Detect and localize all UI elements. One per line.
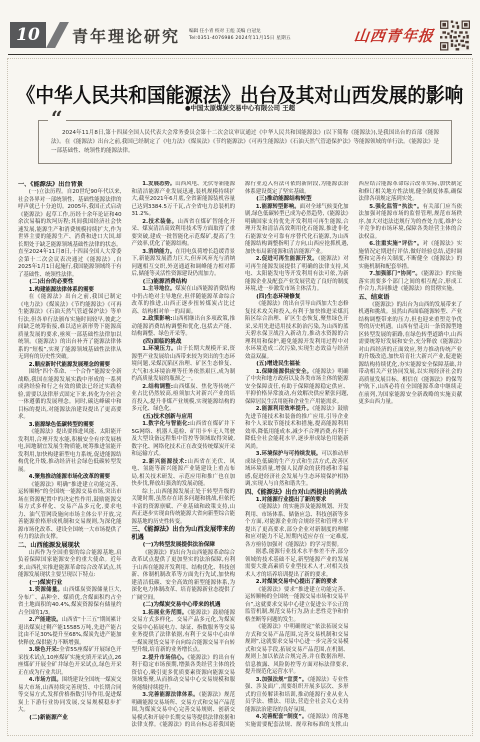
body-paragraph: 2.促进可再生能源开发。《能源法》对可再生能源发展提供了明确的法律支持,风电、太… xyxy=(245,256,349,294)
sub-heading: (三)能源消费结构 xyxy=(132,279,236,287)
sub-heading: 3.能源绿色低碳转型的需要 xyxy=(18,422,122,430)
sub-heading: (二)新能源产业 xyxy=(18,715,122,723)
sub-heading: (一)为转型发展提供法治保障 xyxy=(132,542,236,550)
section-heading: 三、《能源法》出台为山西发展带来的机遇 xyxy=(132,526,236,542)
body-paragraph: 1.数字化与智能化:山西省在煤矿井下5G网络、机器人巡检、矿用卡车无人驾驶及大型… xyxy=(132,421,236,459)
sub-heading: (二)为煤炭交易中心带来的机遇 xyxy=(132,602,236,610)
sub-heading: (四)生态环境修复 xyxy=(245,294,349,302)
sub-heading: 1.构建能源法律体系的需要 xyxy=(18,287,122,295)
body-paragraph: 3.消纳能力。在用电负荷增长趋缓背景下,新能源发展潜力巨大,但弃风弃光与消纳问题… xyxy=(132,249,236,279)
body-paragraph: 1.发展态势。山西风电、光伏等新能源和清洁能源产业发展迅速,装机规模持续扩大,截… xyxy=(132,181,236,219)
body-paragraph: 1.资源储量。山西煤炭资源储量巨大,分布广、品种全、煤质优,含煤面积约占全省土地… xyxy=(18,587,122,617)
body-paragraph: 3.绿色开采:全省55座煤矿开展绿色开采技术试点,10座煤矿实施充填开采试点,2… xyxy=(18,647,122,677)
sub-heading: 2.对煤炭交易中心提出了新的要求 xyxy=(245,579,349,587)
body-paragraph: 5.强化监管“执法”。有关部门应当依法加强对能源市场的监督管理,规范市场秩序,加… xyxy=(359,204,463,242)
body-paragraph: 3.加强法规“宣贯”。《能源法》专业性强、涉及面广,需要组织开展多层次、多形式的… xyxy=(245,677,349,715)
body-paragraph: 1.能源转型影响。面对全球气候变化加剧,绿色低碳转型已成为必然趋势,《能源法》明… xyxy=(245,204,349,257)
body-paragraph: 1.拓展业务范围。《能源法》鼓励能源交易方式多样化、交易产品多元化,为煤炭交易中… xyxy=(132,610,236,655)
quote-box: “ 2024年11月8日,第十四届全国人民代表大会常务委员会第十二次会议审议通过… xyxy=(38,120,452,164)
body-paragraph: 1.保障能源供应安全。《能源法》明确了中央和地方政府以及各类市场主体的能源安全保… xyxy=(245,369,349,407)
sub-heading: (五)技术创新与应用 xyxy=(132,414,236,422)
edition-meta: 编辑 任小青 校对 王彪 美编 白冠龙 Tel:0351-4076986 202… xyxy=(189,28,291,42)
section-title: 青年理论研究 xyxy=(72,24,180,47)
masthead-logo: 山西青年报 xyxy=(353,25,435,46)
quote-mark-icon: “ xyxy=(48,110,66,126)
section-heading: 五、结束语 xyxy=(359,294,463,302)
body-paragraph: 2.结构调整:山西煤炭、焦化等传统产业占比仍然较高,亟须加大对新兴产业的培育投入… xyxy=(132,384,236,414)
body-paragraph: 4.市场方面。围绕建设全国统一煤炭交易大市场,山西持续完善现货、中长期合同等交易… xyxy=(18,677,122,715)
body-paragraph: 《能源法》的实施涉及能源规划、开发利用、市场体系、储备应急、科技创新等多个方面,… xyxy=(245,504,349,549)
body-paragraph: 《能源法》明确“推进建立功能完善、运转顺畅”的全国统一能源交易市场,突出市场在资… xyxy=(18,482,122,542)
body-paragraph: 山西作为全国重要的综合能源基地,肩负着保障国家能源安全的重大使命。近年来,山西扎… xyxy=(18,550,122,580)
body-paragraph: 在《能源法》出台之前,我国已制定《电力法》《煤炭法》《节约能源法》《可再生能源法… xyxy=(18,294,122,362)
body-paragraph: 2.能源利用效率提升。《能源法》鼓励先进节能技术和装备的推广应用,引导企业和个人… xyxy=(245,406,349,451)
body-paragraph: 围绕“四个革命、一个合作”能源安全新战略,我国在能源发展实践中形成的一系列成熟经… xyxy=(18,369,122,422)
date-line: Tel:0351-4076986 2024年11月15日 星期五 xyxy=(189,35,291,42)
body-paragraph: 综上,山西能源发展正处于转型升级的关键时期,虽然存在诸多问题和挑战,但依托丰富的… xyxy=(132,489,236,527)
body-paragraph: 7.加强部门“协同”。《能源法》的实施落实需要多个部门之间的相互配合,形成工作合… xyxy=(359,271,463,294)
body-paragraph: 《能源法》的出台引导山西加大生态修复技术攻关和投入,有利于加快推进采煤沉陷区综合… xyxy=(245,301,349,361)
body-paragraph: 据悉,能源行业技术水平参差不齐,部分领域的技术基础不足,新型能源产业的发展需要大… xyxy=(245,549,349,579)
body-paragraph: 2.技术装备。山西省在煤矿智能化开采、煤炭清洁高效利用技术等方面取得了重要突破,… xyxy=(132,219,236,249)
page-header: 10 青年理论研究 编辑 任小青 校对 王彪 美编 白冠龙 Tel:0351-4… xyxy=(10,17,470,53)
sub-heading: 4.聚焦推动能源市场化改革的需要 xyxy=(18,474,122,482)
sub-heading: (三)推动能源结构转型 xyxy=(245,196,349,204)
article-byline: ●中国太原煤炭交易中心有限公司 王超 xyxy=(0,103,480,112)
section-heading: 二、山西能源发展现状 xyxy=(18,542,122,550)
body-paragraph: 《能源法》的出台为山西的发展带来了机遇和挑战。虽然山西面临能源转型、产业结构调整… xyxy=(359,302,463,407)
body-paragraph: 《能源法》的出台为山西能源革命综合改革试点提供了更加坚实的法治保障,有利于山西在… xyxy=(132,550,236,603)
article-columns: 一、《能源法》出台背景(一)立法历程。自20世纪90年代以来,社会各界对一部统领… xyxy=(18,181,462,734)
quote-text: 2024年11月8日,第十四届全国人民代表大会常务委员会第十二次会议审议通过《中… xyxy=(51,129,439,156)
sub-heading: (一)煤炭行业 xyxy=(18,580,122,588)
body-paragraph: 《能源法》提出要推进风能、太阳能开发利用,合理开发水能,积极安全有序发展核电,因… xyxy=(18,429,122,474)
body-paragraph: 2.新兴能源技术:山西省在光伏、风电、氢能等新兴能源产业链建设上重点布局,相关技… xyxy=(132,459,236,489)
sub-heading: (二)出台的必要性 xyxy=(18,279,122,287)
body-paragraph: 2.产能建设。山西省“十三五”期间累计退出煤炭过剩产能15585万吨,先进产能占… xyxy=(18,617,122,647)
section-heading: 四、《能源法》出台对山西提出的挑战 xyxy=(245,489,349,497)
body-paragraph: 3.环境保护与可持续发展。可以推动形成绿色低碳的生产方式和生活方式,改善区域环境… xyxy=(245,451,349,489)
header-rule xyxy=(8,54,472,55)
sub-heading: 1.对能源行业提出了新的要求 xyxy=(245,497,349,505)
body-paragraph: 《能源法》中明确规定“依法拓展交易方式和交易产品范围,完善交易机制和交易规则”,… xyxy=(245,624,349,677)
body-paragraph: 1.环境压力。由于长期大规模开采,资源型产业发展给山西带来较为突出的生态环境问题… xyxy=(132,346,236,384)
sub-heading: (四)面临的挑战 xyxy=(132,339,236,347)
section-heading: 一、《能源法》出台背景 xyxy=(18,181,122,189)
body-paragraph: (一)立法历程。自20世纪90年代以来,社会各界对一部统领性、基础性能源法律的呼… xyxy=(18,189,122,279)
page-number: 10 xyxy=(16,25,40,45)
body-paragraph: 1.主导地位。煤炭在山西能源消费结构中仍占绝对主导地位,但伴随能源革命综合改革的… xyxy=(132,286,236,316)
body-paragraph: 2.政策影响:山西相继出台多项政策,推动能源消费结构调整和优化,包括去产能、结构… xyxy=(132,316,236,339)
body-paragraph: 《能源法》要求“推进建立功能完善、运转顺畅的全国统一能源交易市场和交易平台”,这… xyxy=(245,587,349,625)
qr-code-icon xyxy=(440,20,470,51)
page-number-box: 10 xyxy=(10,22,46,48)
editor-credits: 编辑 任小青 校对 王彪 美编 白冠龙 xyxy=(189,28,291,35)
body-paragraph: 2.提升市场信心。《能源法》的出台有利于稳定市场预期,增强各类经营主体的投资信心… xyxy=(132,655,236,693)
body-paragraph: 6.注重实施“评估”。对《能源法》实施情况定期进行评估,做好经验总结,适时调整和… xyxy=(359,241,463,271)
sub-heading: 2.顺应新时代能源发展理念的需要 xyxy=(18,362,122,370)
sub-heading: (五)增进民生福祉 xyxy=(245,361,349,369)
